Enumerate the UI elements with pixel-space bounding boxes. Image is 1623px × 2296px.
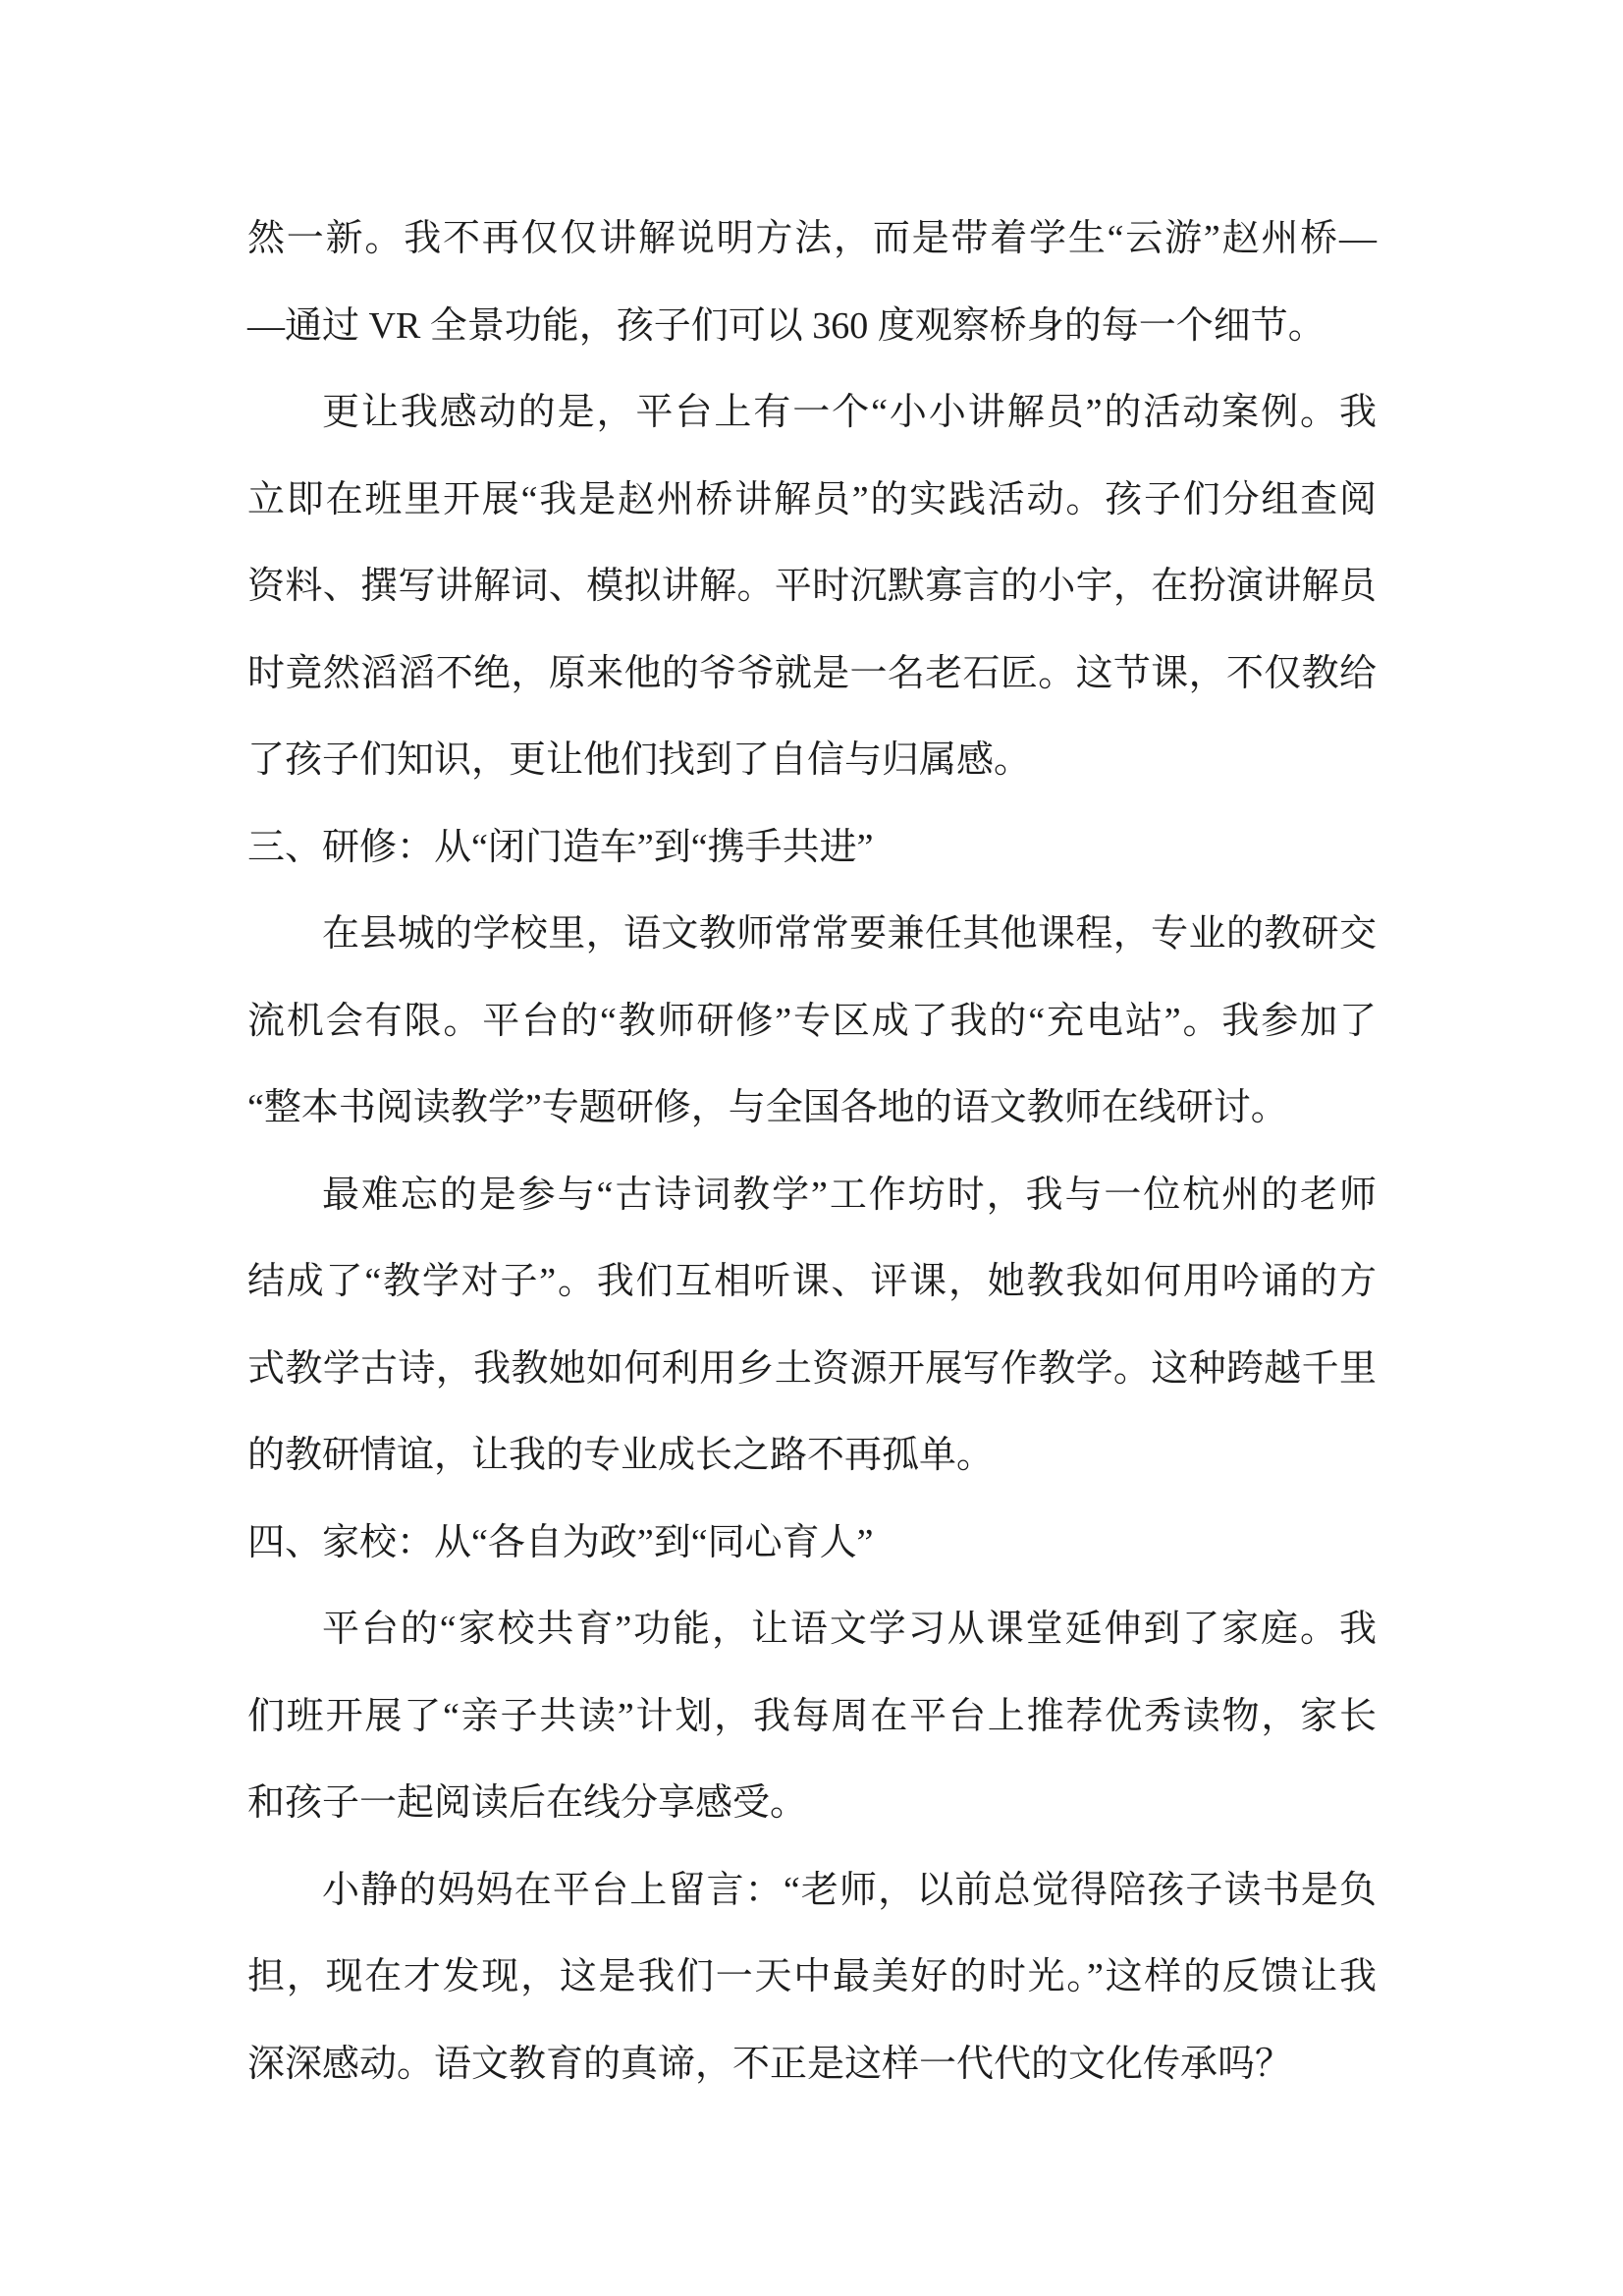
- section-heading-line: 三、研修：从“闭门造车”到“携手共进”: [247, 804, 1377, 892]
- body-text-line: 流机会有限。平台的“教师研修”专区成了我的“充电站”。我参加了: [247, 978, 1377, 1066]
- body-text-line: 平台的“家校共育”功能，让语文学习从课堂延伸到了家庭。我: [247, 1586, 1377, 1673]
- body-text-line: “整本书阅读教学”专题研修，与全国各地的语文教师在线研讨。: [247, 1065, 1377, 1152]
- body-text-line: 资料、撰写讲解词、模拟讲解。平时沉默寡言的小宇，在扮演讲解员: [247, 543, 1377, 630]
- body-text-line: 然一新。我不再仅仅讲解说明方法，而是带着学生“云游”赵州桥—: [247, 195, 1377, 283]
- body-text-line: 和孩子一起阅读后在线分享感受。: [247, 1760, 1377, 1847]
- body-text-line: 最难忘的是参与“古诗词教学”工作坊时，我与一位杭州的老师: [247, 1152, 1377, 1239]
- body-text-line: 深深感动。语文教育的真谛，不正是这样一代代的文化传承吗？: [247, 2021, 1377, 2108]
- section-heading-line: 四、家校：从“各自为政”到“同心育人”: [247, 1500, 1377, 1587]
- body-text-line: 时竟然滔滔不绝，原来他的爷爷就是一名老石匠。这节课，不仅教给: [247, 630, 1377, 718]
- body-text-line: 了孩子们知识，更让他们找到了自信与归属感。: [247, 717, 1377, 804]
- body-text-line: 更让我感动的是，平台上有一个“小小讲解员”的活动案例。我: [247, 369, 1377, 457]
- body-text-line: 结成了“教学对子”。我们互相听课、评课，她教我如何用吟诵的方: [247, 1238, 1377, 1326]
- body-text-line: 担，现在才发现，这是我们一天中最美好的时光。”这样的反馈让我: [247, 1934, 1377, 2021]
- body-text-line: 式教学古诗，我教她如何利用乡土资源开展写作教学。这种跨越千里: [247, 1326, 1377, 1413]
- body-text-line: 在县城的学校里，语文教师常常要兼任其他课程，专业的教研交: [247, 891, 1377, 978]
- text-block: 然一新。我不再仅仅讲解说明方法，而是带着学生“云游”赵州桥——通过 VR 全景功…: [247, 195, 1377, 2107]
- body-text-line: 们班开展了“亲子共读”计划，我每周在平台上推荐优秀读物，家长: [247, 1673, 1377, 1761]
- body-text-line: 小静的妈妈在平台上留言：“老师，以前总觉得陪孩子读书是负: [247, 1847, 1377, 1935]
- body-text-line: 立即在班里开展“我是赵州桥讲解员”的实践活动。孩子们分组查阅: [247, 457, 1377, 544]
- body-text-line: —通过 VR 全景功能，孩子们可以 360 度观察桥身的每一个细节。: [247, 283, 1377, 370]
- document-page: 然一新。我不再仅仅讲解说明方法，而是带着学生“云游”赵州桥——通过 VR 全景功…: [0, 0, 1623, 2296]
- body-text-line: 的教研情谊，让我的专业成长之路不再孤单。: [247, 1412, 1377, 1500]
